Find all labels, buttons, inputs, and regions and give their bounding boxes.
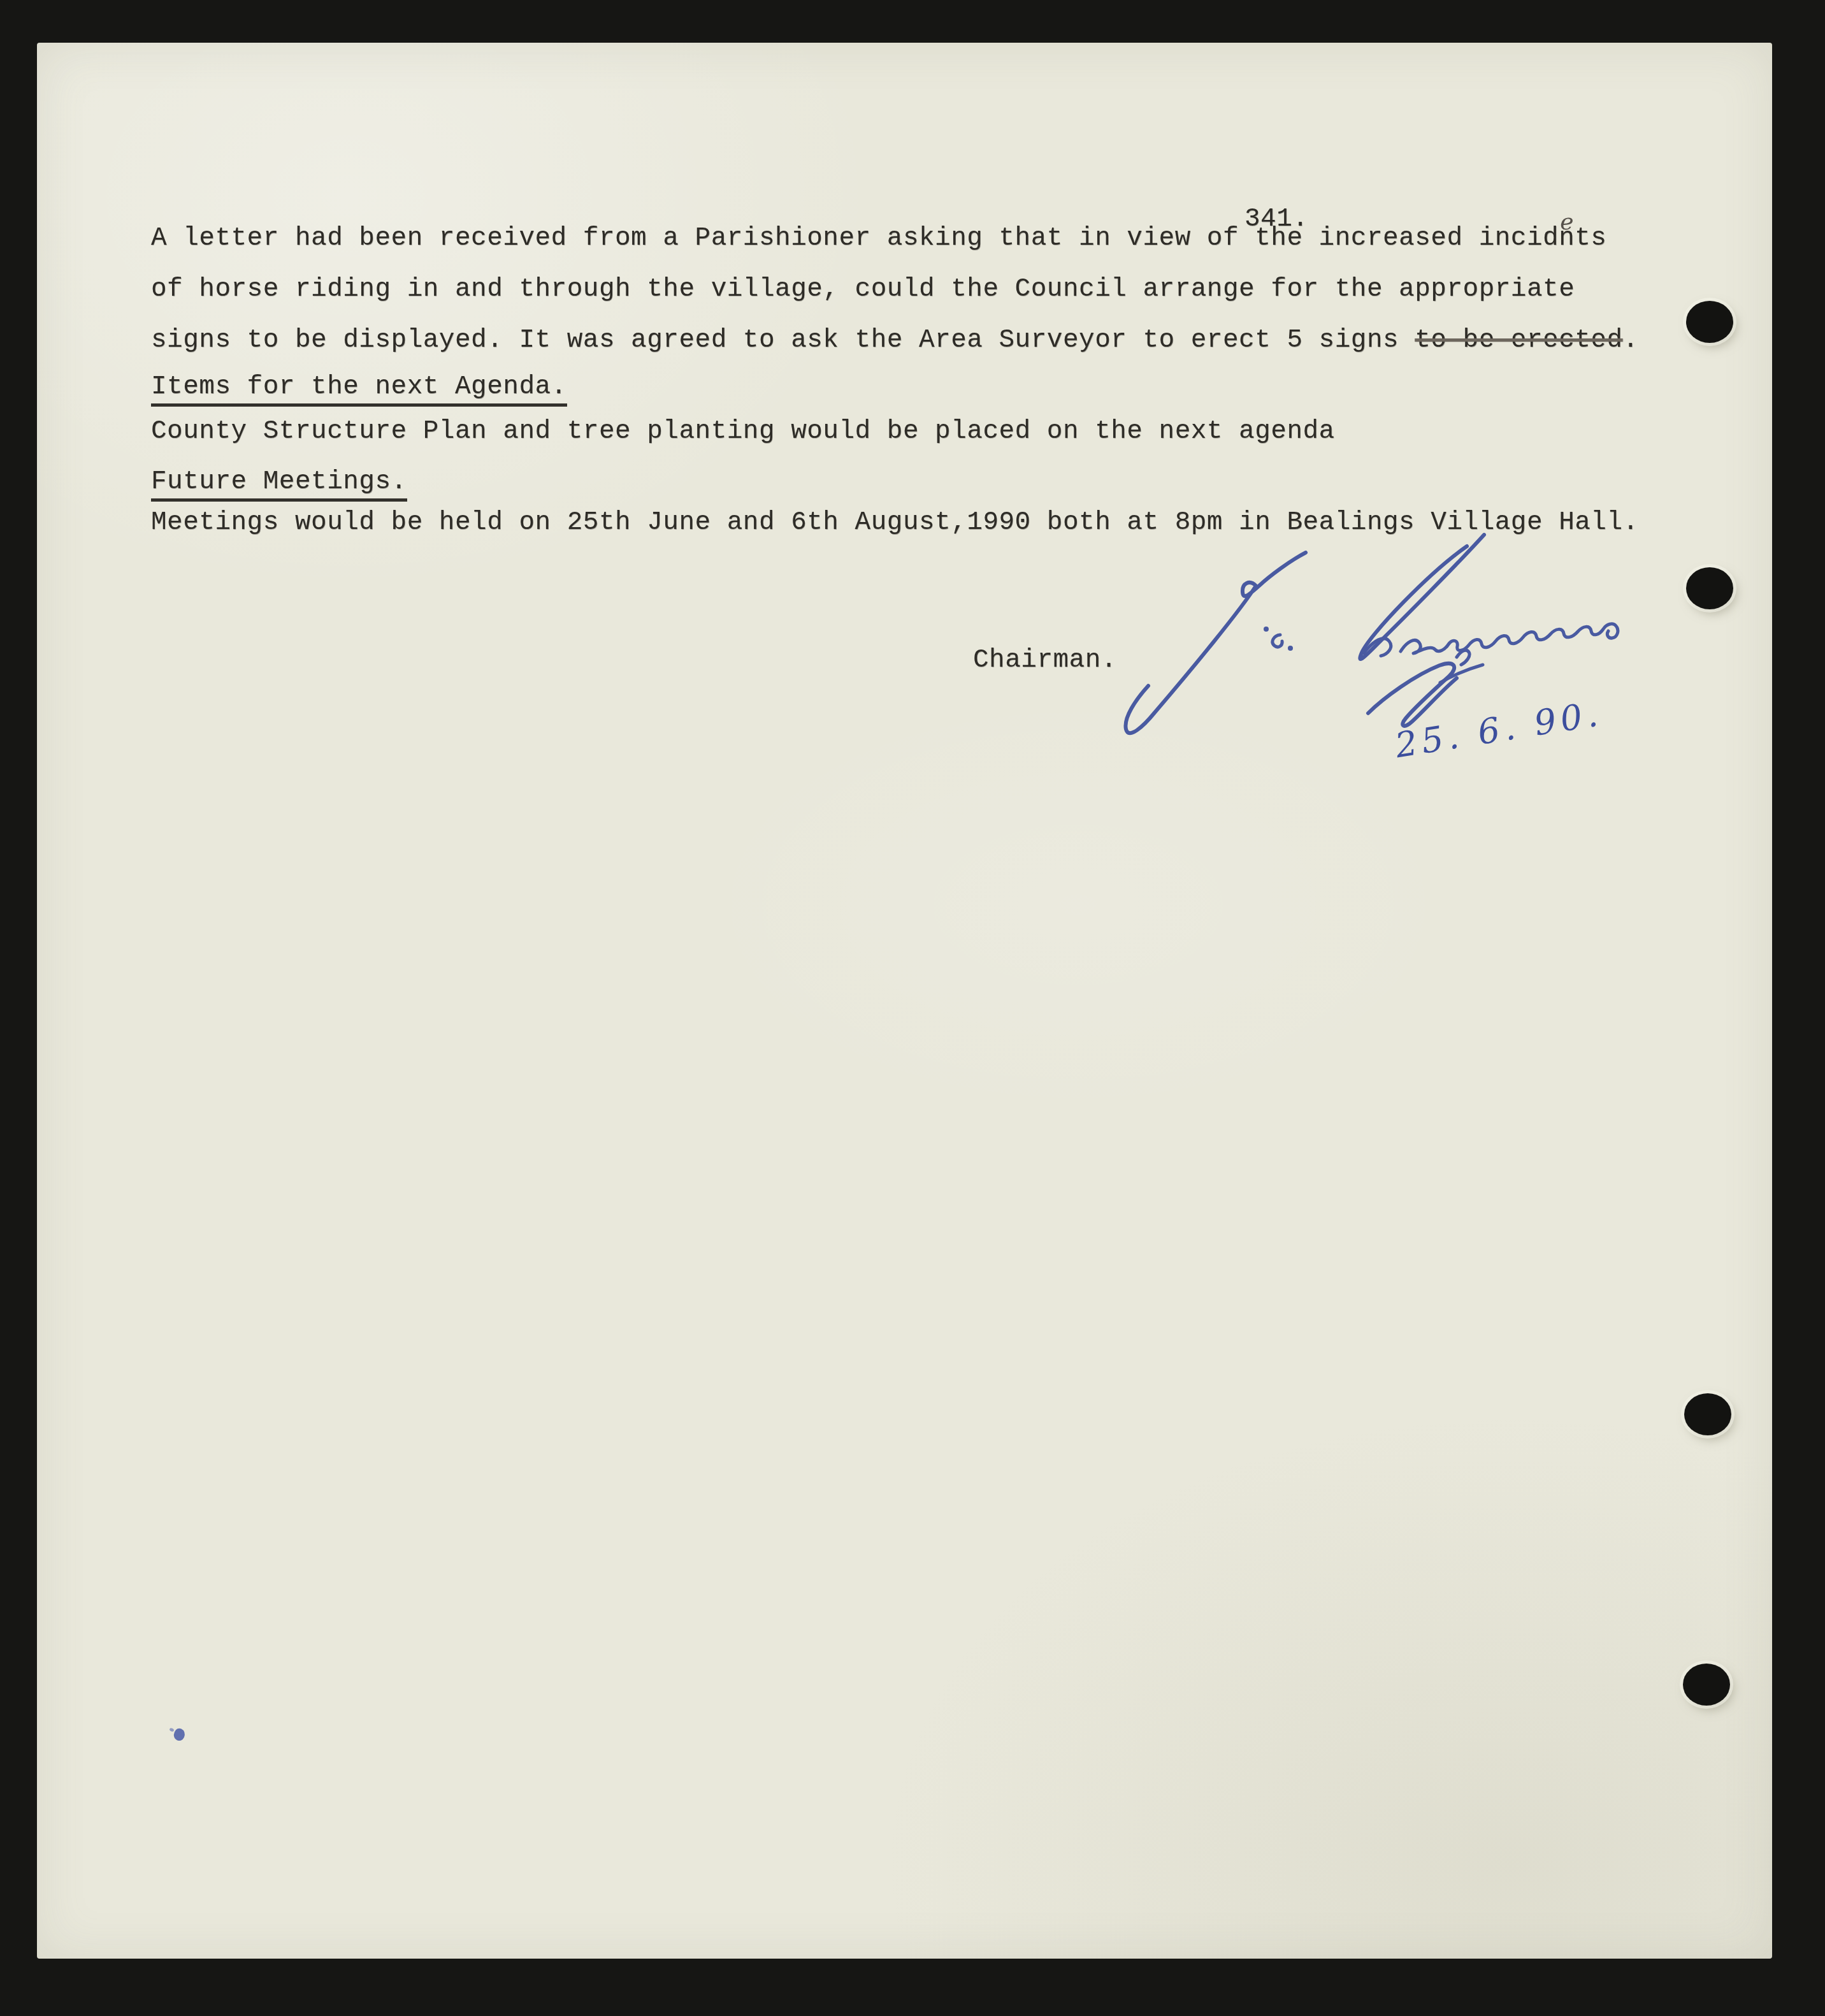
- signature-initial-c: [1273, 635, 1282, 647]
- minutes-line-3: signs to be displayed. It was agreed to …: [151, 322, 1639, 359]
- struck-through-text: to be erected: [1415, 326, 1622, 355]
- punch-hole: [1683, 1664, 1730, 1706]
- signature-dot: [1264, 627, 1269, 632]
- handwritten-inserted-letter: e: [1560, 204, 1574, 241]
- heading-future-meetings: Future Meetings.: [151, 463, 407, 500]
- signature-flourish-v: [1368, 664, 1457, 726]
- punch-hole: [1686, 567, 1733, 609]
- scan-background: 341. A letter had been received from a P…: [0, 0, 1825, 2016]
- ink-blot: [172, 1727, 187, 1742]
- minutes-line-1-text: A letter had been received from a Parish…: [151, 224, 1559, 253]
- signature-dot: [1288, 646, 1293, 651]
- heading-items-next-agenda: Items for the next Agenda.: [151, 368, 567, 405]
- punch-hole: [1684, 1393, 1731, 1435]
- next-agenda-line: County Structure Plan and tree planting …: [151, 413, 1335, 450]
- signature-t-bar: [1440, 665, 1483, 683]
- signature-initial-j: [1125, 553, 1306, 733]
- minutes-line-3-text: signs to be displayed. It was agreed to …: [151, 326, 1415, 355]
- minutes-line-1: A letter had been received from a Parish…: [151, 220, 1606, 257]
- signature-t-loop: [1457, 650, 1469, 665]
- minutes-line-3-period: .: [1623, 326, 1639, 355]
- signature-surname-scribble: [1401, 624, 1618, 653]
- punch-hole: [1686, 301, 1733, 343]
- document-page: 341. A letter had been received from a P…: [37, 43, 1772, 1959]
- minutes-line-2: of horse riding in and through the villa…: [151, 271, 1575, 308]
